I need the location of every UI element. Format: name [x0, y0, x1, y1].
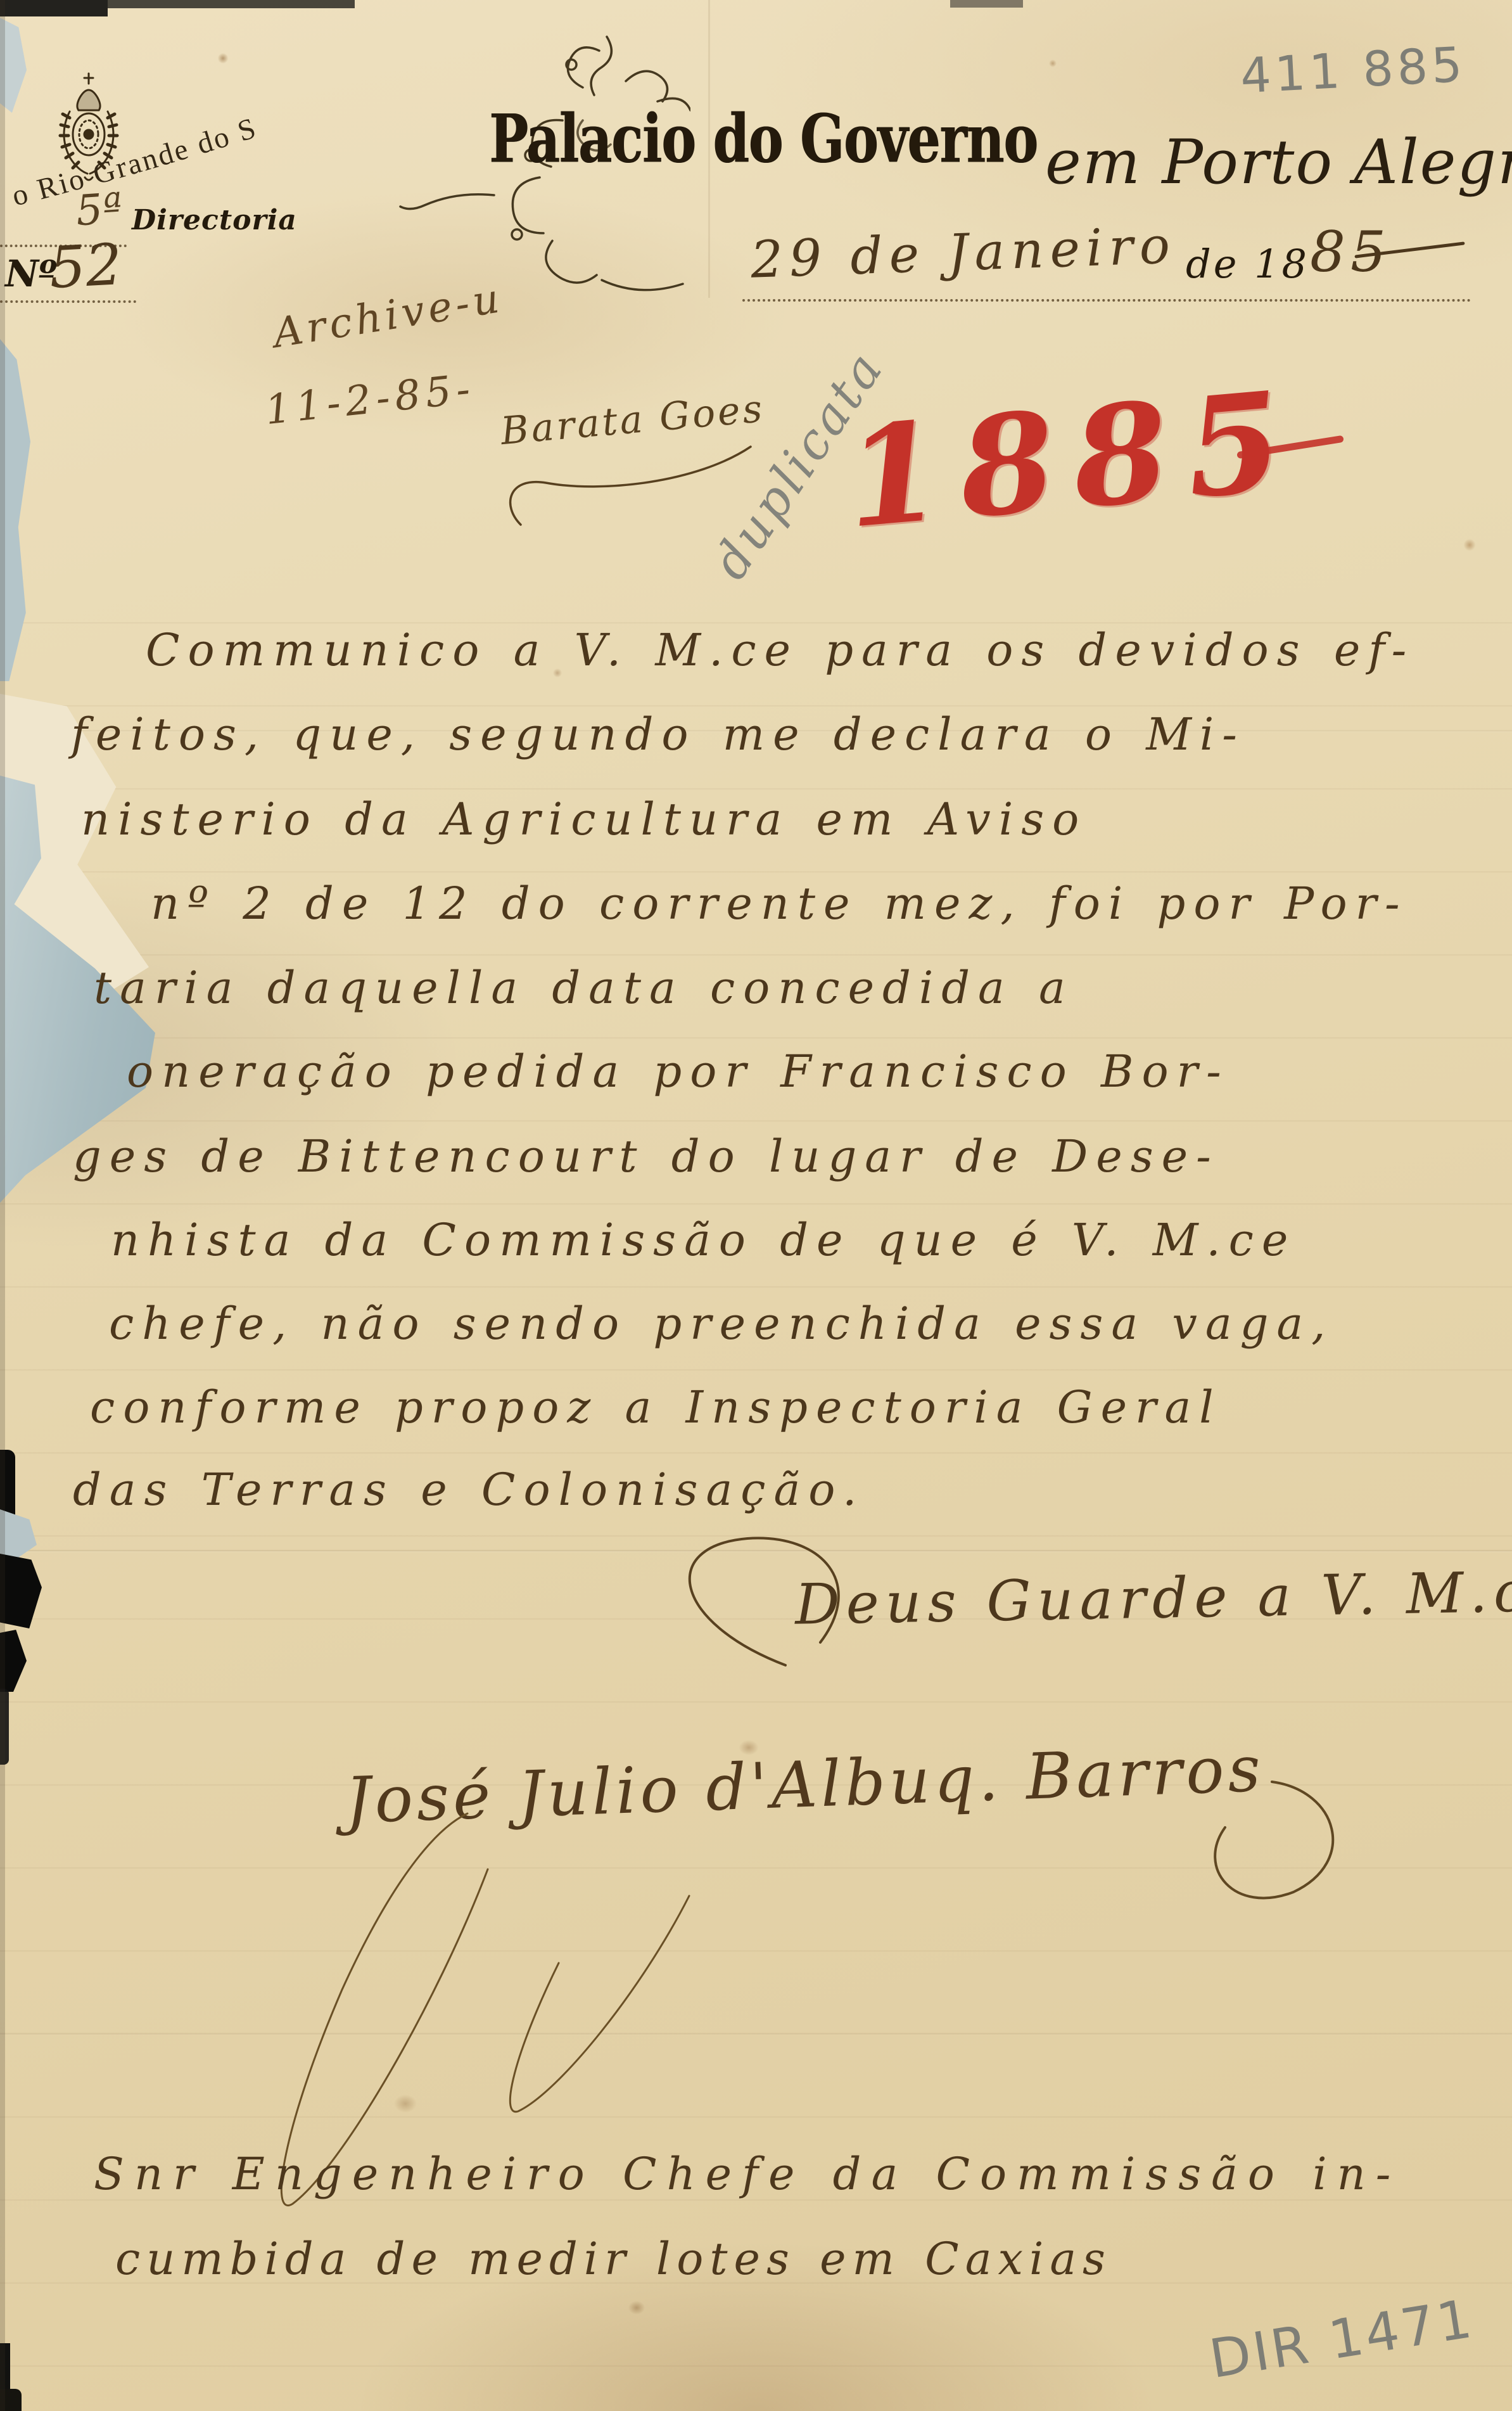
- directoria-label: Directoria: [132, 204, 297, 236]
- closing-salutation: Deus Guarde a V. M.cê: [794, 1558, 1512, 1637]
- date-printed-prefix: de 18: [1186, 241, 1309, 287]
- red-year: 1885: [839, 359, 1307, 559]
- body-line: nisterio da Agricultura em Aviso: [81, 793, 1087, 845]
- body-line: taria daquella data concedida a: [94, 962, 1074, 1014]
- clerk-signature: Barata Goes: [499, 387, 766, 454]
- fold-crease: [0, 2033, 1512, 2035]
- doc-number-value: 52: [48, 231, 124, 302]
- page-edge-shadow: [0, 0, 5, 2411]
- archive-note-line1: Archive-u: [270, 275, 505, 357]
- letterhead-location: em Porto Alegre,: [1045, 127, 1512, 198]
- body-line: feitos, que, segundo me declara o Mi-: [71, 708, 1245, 760]
- province-label: o Rio Grande do Sul: [9, 117, 262, 213]
- body-line: oneração pedida por Francisco Bor-: [127, 1046, 1229, 1097]
- dotted-line: [0, 300, 136, 303]
- torn-edge: [0, 1554, 42, 1628]
- pencil-archive-number: 411 885: [1239, 36, 1467, 105]
- date-day-month: 29 de Janeiro: [750, 215, 1178, 289]
- letterhead-title: Palacio do Governo: [489, 100, 1038, 178]
- body-line: Communico a V. M.ce para os devidos ef-: [146, 624, 1414, 676]
- fold-crease: [0, 1550, 1512, 1552]
- svg-text:o Rio Grande do Sul: o Rio Grande do Sul: [9, 117, 262, 213]
- archive-note-line2: 11-2-85-: [263, 366, 477, 434]
- addressee-line: Snr Engenheiro Chefe da Commissão in-: [94, 2148, 1401, 2200]
- dotted-line: [742, 299, 1471, 302]
- addressee-line: cumbida de medir lotes em Caxias: [115, 2233, 1112, 2285]
- body-line: das Terras e Colonisação.: [73, 1464, 865, 1516]
- catalog-code: DIR 1471: [1205, 2287, 1478, 2391]
- torn-edge: [0, 1509, 37, 1560]
- signature: José Julio d'Albuq. Barros: [344, 1732, 1265, 1838]
- body-line: ges de Bittencourt do lugar de Dese-: [73, 1130, 1219, 1182]
- body-line: chefe, não sendo preenchida essa vaga,: [109, 1298, 1333, 1350]
- directoria-number: 5ª: [74, 184, 124, 236]
- document-page: o Rio Grande do Sul 5ª Directoria Nº 52 …: [0, 0, 1512, 2411]
- torn-edge: [0, 0, 108, 16]
- body-line: nhista da Commissão de que é V. M.ce: [111, 1214, 1296, 1266]
- body-line: nº 2 de 12 do corrente mez, foi por Por-: [151, 878, 1408, 930]
- torn-edge: [950, 0, 1023, 8]
- body-line: conforme propoz a Inspectoria Geral: [90, 1381, 1222, 1433]
